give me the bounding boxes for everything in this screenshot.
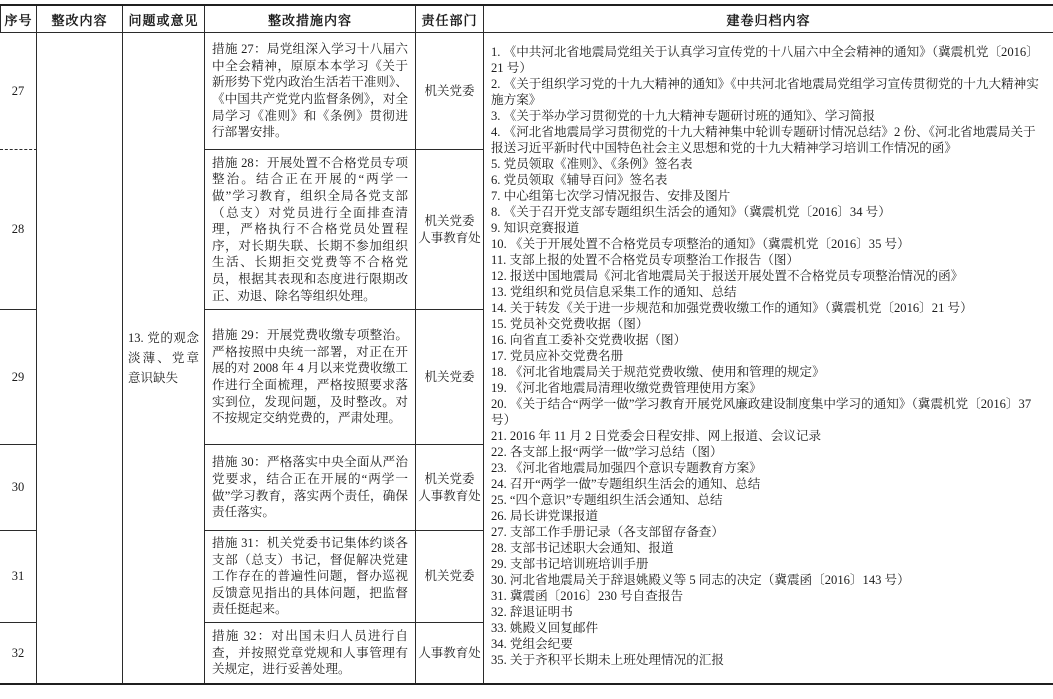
archive-item: 2. 《关于组织学习党的十九大精神的通知》《中共河北省地震局党组学习宣传贯彻党的… — [491, 76, 1047, 108]
measure-text: 措施 28：开展处置不合格党员专项整治。结合正在开展的“两学一做”学习教育，组织… — [212, 155, 408, 304]
archive-list: 1. 《中共河北省地震局党组关于认真学习宣传党的十八届六中全会精神的通知》（冀震… — [484, 33, 1053, 683]
archive-item: 19. 《河北省地震局清理收缴党费管理使用方案》 — [491, 380, 1047, 396]
seq-cell-30: 30 — [0, 445, 37, 531]
archive-item: 20. 《关于结合“两学一做”学习教育开展党风廉政建设制度集中学习的通知》（冀震… — [491, 396, 1047, 428]
header-seq: 序号 — [0, 6, 37, 32]
measure-cell-28: 措施 28：开展处置不合格党员专项整治。结合正在开展的“两学一做”学习教育，组织… — [205, 150, 416, 310]
archive-item: 1. 《中共河北省地震局党组关于认真学习宣传党的十八届六中全会精神的通知》（冀震… — [491, 44, 1047, 76]
dept-name: 机关党委 — [424, 213, 474, 230]
rectification-archive-table: 序号 整改内容 问题或意见 整改措施内容 责任部门 建卷归档内容 2728293… — [0, 4, 1053, 685]
header-responsible-dept: 责任部门 — [416, 6, 484, 32]
archive-item: 27. 支部工作手册记录（各支部留存备查） — [491, 524, 1047, 540]
archive-item: 32. 辞退证明书 — [491, 604, 1047, 620]
measure-text: 措施 31：机关党委书记集体约谈各支部（总支）书记，督促解决党建工作存在的普遍性… — [212, 535, 408, 618]
archive-item: 22. 各支部上报“两学一做”学习总结（图） — [491, 444, 1047, 460]
dept-name: 人事教育处 — [418, 230, 481, 247]
archive-item: 11. 支部上报的处置不合格党员专项整治工作报告（图） — [491, 252, 1047, 268]
rectification-content-cell — [37, 33, 123, 683]
archive-item: 34. 党组会纪要 — [491, 636, 1047, 652]
dept-cell-29: 机关党委 — [416, 310, 484, 445]
archive-item: 33. 姚殿义回复邮件 — [491, 620, 1047, 636]
archive-item: 21. 2016 年 11 月 2 日党委会日程安排、网上报道、会议记录 — [491, 428, 1047, 444]
archive-item: 18. 《河北省地震局关于规范党费收缴、使用和管理的规定》 — [491, 364, 1047, 380]
dept-name: 机关党委 — [424, 568, 474, 585]
archive-item: 31. 冀震函〔2016〕230 号自查报告 — [491, 588, 1047, 604]
dept-name: 机关党委 — [424, 471, 474, 488]
scanned-document-page: 序号 整改内容 问题或意见 整改措施内容 责任部门 建卷归档内容 2728293… — [0, 0, 1053, 685]
dept-cell-31: 机关党委 — [416, 531, 484, 623]
header-rectification-content: 整改内容 — [37, 6, 123, 32]
measure-cell-32: 措施 32：对出国未归人员进行自查，并按照党章党规和人事管理有关规定，进行妥善处… — [205, 623, 416, 683]
archive-item: 26. 局长讲党课报道 — [491, 508, 1047, 524]
header-archive-content: 建卷归档内容 — [484, 6, 1053, 32]
archive-item: 9. 知识竞赛报道 — [491, 220, 1047, 236]
archive-item: 15. 党员补交党费收据（图） — [491, 316, 1047, 332]
archive-item: 29. 支部书记培训班培训手册 — [491, 556, 1047, 572]
dept-name: 机关党委 — [424, 369, 474, 386]
dept-name: 人事教育处 — [418, 645, 481, 662]
archive-item: 5. 党员领取《准则》、《条例》签名表 — [491, 156, 1047, 172]
measure-cell-29: 措施 29：开展党费收缴专项整治。严格按照中央统一部署，对正在开展的对 2008… — [205, 310, 416, 445]
seq-cell-28: 28 — [0, 150, 37, 310]
measure-cell-31: 措施 31：机关党委书记集体约谈各支部（总支）书记，督促解决党建工作存在的普遍性… — [205, 531, 416, 623]
measure-text: 措施 29：开展党费收缴专项整治。严格按照中央统一部署，对正在开展的对 2008… — [212, 327, 408, 427]
dept-cell-30: 机关党委人事教育处 — [416, 445, 484, 531]
seq-cell-32: 32 — [0, 623, 37, 683]
problem-or-opinion-cell: 13. 党的观念淡薄、党章意识缺失 — [123, 33, 205, 683]
archive-item: 7. 中心组第七次学习情况报告、安排及图片 — [491, 188, 1047, 204]
header-problem-or-opinion: 问题或意见 — [123, 6, 205, 32]
problem-text: 13. 党的观念淡薄、党章意识缺失 — [123, 328, 204, 388]
header-measure-content: 整改措施内容 — [205, 6, 416, 32]
archive-item: 3. 《关于举办学习贯彻党的十九大精神专题研讨班的通知》、学习简报 — [491, 108, 1047, 124]
archive-item: 35. 关于齐积平长期未上班处理情况的汇报 — [491, 652, 1047, 668]
dept-name: 人事教育处 — [418, 488, 481, 505]
archive-item: 24. 召开“两学一做”专题组织生活会的通知、总结 — [491, 476, 1047, 492]
seq-column: 272829303132 — [0, 33, 37, 683]
dept-column: 机关党委机关党委人事教育处机关党委机关党委人事教育处机关党委人事教育处 — [416, 33, 484, 683]
seq-cell-27: 27 — [0, 33, 37, 150]
archive-item: 8. 《关于召开党支部专题组织生活会的通知》（冀震机党〔2016〕34 号） — [491, 204, 1047, 220]
archive-item: 17. 党员应补交党费名册 — [491, 348, 1047, 364]
dept-name: 机关党委 — [424, 83, 474, 100]
measure-text: 措施 27：局党组深入学习十八届六中全会精神，原原本本学习《关于新形势下党内政治… — [212, 41, 408, 141]
dept-cell-27: 机关党委 — [416, 33, 484, 150]
table-body: 272829303132 13. 党的观念淡薄、党章意识缺失 措施 27：局党组… — [0, 33, 1053, 683]
measure-cell-30: 措施 30：严格落实中央全面从严治党要求，结合正在开展的“两学一做”学习教育，落… — [205, 445, 416, 531]
measure-text: 措施 30：严格落实中央全面从严治党要求，结合正在开展的“两学一做”学习教育，落… — [212, 454, 408, 520]
archive-item: 4. 《河北省地震局学习贯彻党的十九大精神集中轮训专题研讨情况总结》2 份、《河… — [491, 124, 1047, 156]
archive-item: 6. 党员领取《辅导百问》签名表 — [491, 172, 1047, 188]
seq-cell-31: 31 — [0, 531, 37, 623]
archive-item: 10. 《关于开展处置不合格党员专项整治的通知》（冀震机党〔2016〕35 号） — [491, 236, 1047, 252]
measure-cell-27: 措施 27：局党组深入学习十八届六中全会精神，原原本本学习《关于新形势下党内政治… — [205, 33, 416, 150]
archive-item: 30. 河北省地震局关于辞退姚殿义等 5 同志的决定（冀震函〔2016〕143 … — [491, 572, 1047, 588]
dept-cell-32: 人事教育处 — [416, 623, 484, 683]
archive-item: 25. “四个意识”专题组织生活会通知、总结 — [491, 492, 1047, 508]
archive-item: 23. 《河北省地震局加强四个意识专题教育方案》 — [491, 460, 1047, 476]
measure-text: 措施 32：对出国未归人员进行自查，并按照党章党规和人事管理有关规定，进行妥善处… — [212, 628, 408, 678]
archive-item: 16. 向省直工委补交党费收据（图） — [491, 332, 1047, 348]
measure-column: 措施 27：局党组深入学习十八届六中全会精神，原原本本学习《关于新形势下党内政治… — [205, 33, 416, 683]
table-header-row: 序号 整改内容 问题或意见 整改措施内容 责任部门 建卷归档内容 — [0, 6, 1053, 33]
dept-cell-28: 机关党委人事教育处 — [416, 150, 484, 310]
archive-item: 12. 报送中国地震局《河北省地震局关于报送开展处置不合格党员专项整治情况的函》 — [491, 268, 1047, 284]
archive-item: 13. 党组织和党员信息采集工作的通知、总结 — [491, 284, 1047, 300]
archive-item: 14. 关于转发《关于进一步规范和加强党费收缴工作的通知》（冀震机党〔2016〕… — [491, 300, 1047, 316]
seq-cell-29: 29 — [0, 310, 37, 445]
archive-item: 28. 支部书记述职大会通知、报道 — [491, 540, 1047, 556]
